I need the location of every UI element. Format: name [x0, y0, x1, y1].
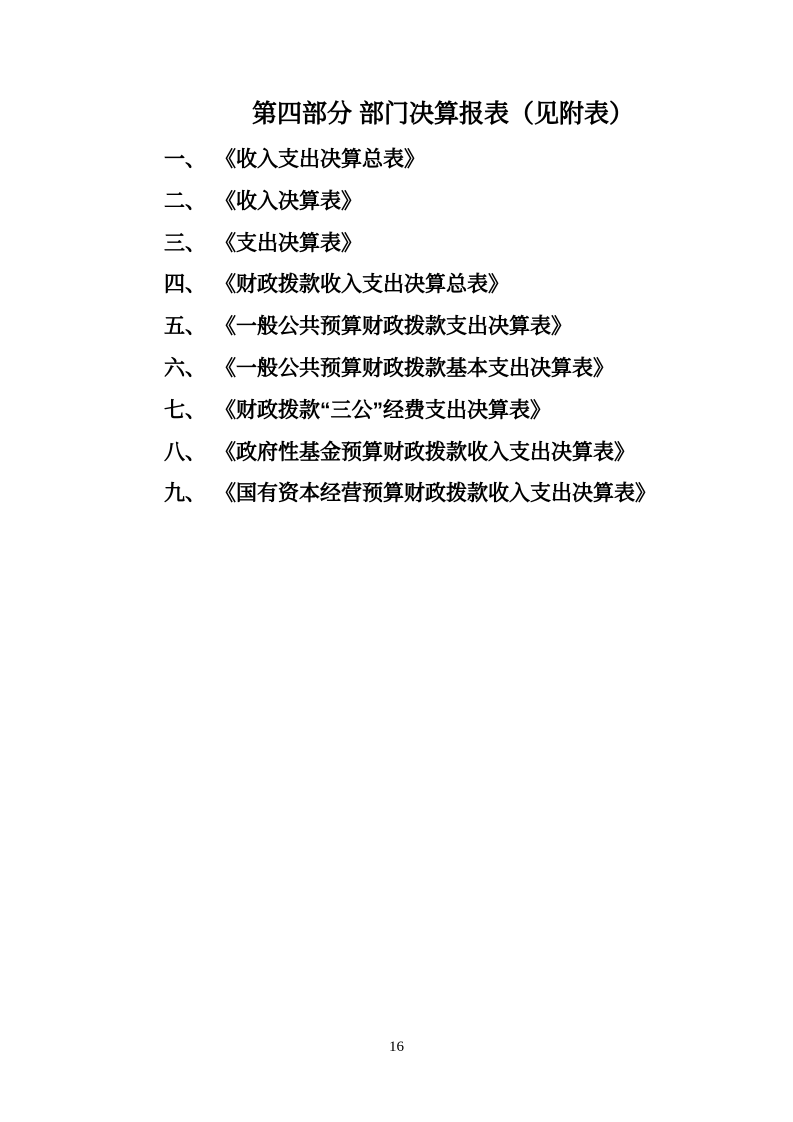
- item-title: 《财政拨款收入支出决算总表》: [215, 264, 509, 306]
- list-item: 二、《收入决算表》: [164, 181, 724, 223]
- document-page: 第四部分 部门决算报表（见附表） 一、《收入支出决算总表》 二、《收入决算表》 …: [0, 0, 793, 1122]
- list-item: 五、《一般公共预算财政拨款支出决算表》: [164, 306, 724, 348]
- item-number: 二、: [164, 181, 206, 223]
- item-number: 六、: [164, 348, 206, 390]
- item-title: 《一般公共预算财政拨款支出决算表》: [215, 306, 572, 348]
- list-item: 九、《国有资本经营预算财政拨款收入支出决算表》: [164, 473, 724, 515]
- item-title: 《国有资本经营预算财政拨款收入支出决算表》: [215, 473, 656, 515]
- list-item: 六、《一般公共预算财政拨款基本支出决算表》: [164, 348, 724, 390]
- list-item: 三、《支出决算表》: [164, 223, 724, 265]
- item-title: 《一般公共预算财政拨款基本支出决算表》: [215, 348, 614, 390]
- list-item: 七、《财政拨款“三公”经费支出决算表》: [164, 390, 724, 432]
- item-title: 《支出决算表》: [215, 223, 362, 265]
- item-number: 三、: [164, 223, 206, 265]
- item-number: 一、: [164, 139, 206, 181]
- item-title: 《收入支出决算总表》: [215, 139, 425, 181]
- item-number: 七、: [164, 390, 206, 432]
- item-number: 八、: [164, 432, 206, 474]
- item-number: 九、: [164, 473, 206, 515]
- list-item: 四、《财政拨款收入支出决算总表》: [164, 264, 724, 306]
- item-number: 五、: [164, 306, 206, 348]
- page-number: 16: [0, 1039, 793, 1055]
- item-title: 《收入决算表》: [215, 181, 362, 223]
- section-title: 第四部分 部门决算报表（见附表）: [252, 100, 634, 128]
- item-number: 四、: [164, 264, 206, 306]
- item-title: 《财政拨款“三公”经费支出决算表》: [215, 390, 551, 432]
- list-item: 一、《收入支出决算总表》: [164, 139, 724, 181]
- item-title: 《政府性基金预算财政拨款收入支出决算表》: [215, 432, 635, 474]
- report-table-list: 一、《收入支出决算总表》 二、《收入决算表》 三、《支出决算表》 四、《财政拨款…: [164, 139, 724, 515]
- list-item: 八、《政府性基金预算财政拨款收入支出决算表》: [164, 432, 724, 474]
